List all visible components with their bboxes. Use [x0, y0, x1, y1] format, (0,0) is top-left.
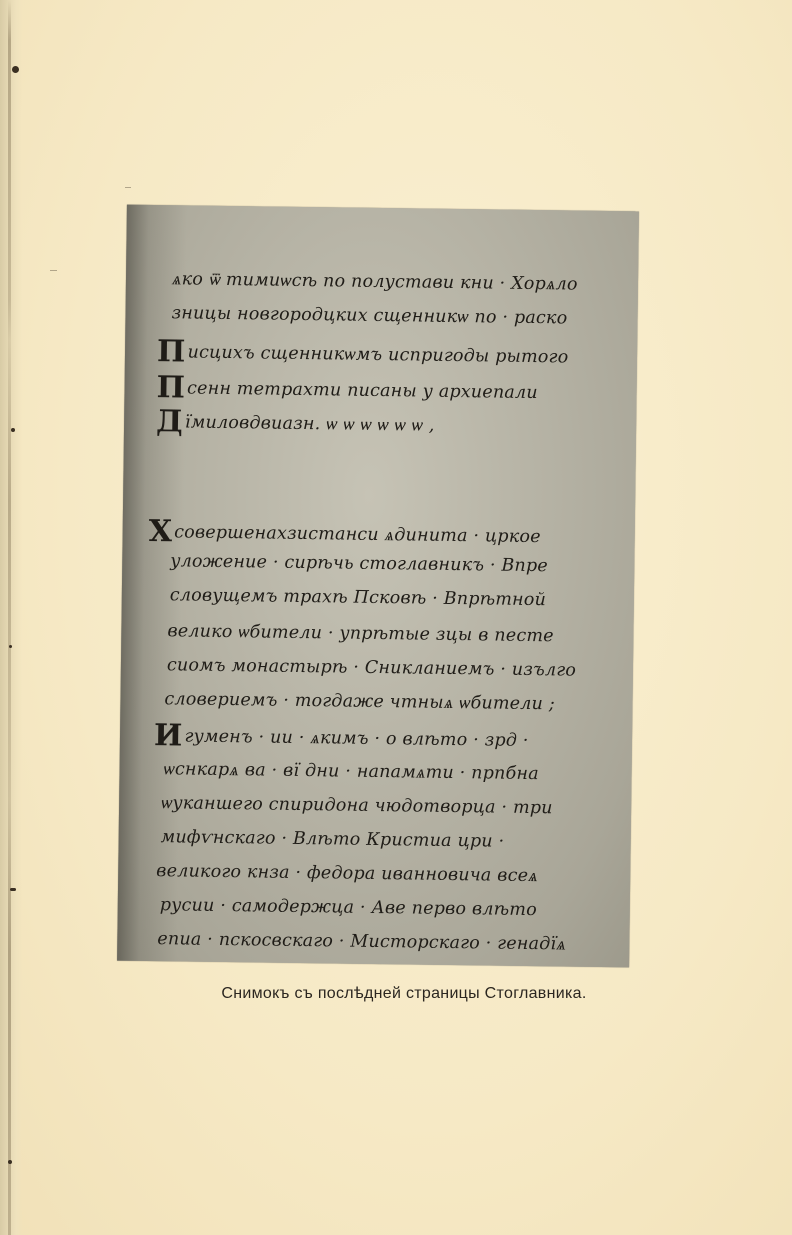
- manuscript-photo-plate: ѧко ѿ тимиѡсѣ по полустави кни · Хорѧло …: [117, 205, 639, 968]
- manuscript-line: мифѵнскаго · Влѣто Кристиа цри ·: [161, 829, 505, 851]
- manuscript-line: сиомъ монастырѣ · Сникланиемъ · изълго: [167, 657, 576, 680]
- caption-text: Снимокъ съ послѣдней страницы Стоглавник…: [221, 985, 586, 1003]
- manuscript-line-text: ѡснкарѧ ва · вї дни · напамѧти · прпбна: [163, 759, 538, 784]
- manuscript-line-text: сиомъ монастырѣ · Сникланиемъ · изълго: [167, 655, 576, 680]
- binding-stitch-line: [8, 0, 11, 1235]
- manuscript-line: Псенн тетрахти писаны у архиепали: [156, 373, 538, 408]
- manuscript-line-text: словериемъ · тогдаже чтныѧ ѡбители ;: [164, 689, 555, 714]
- binding-thread-mark: [12, 66, 19, 73]
- ornamental-initial: Х: [148, 517, 172, 547]
- manuscript-line: велико ѡбители · упрѣтые зцы в песте: [167, 623, 554, 646]
- manuscript-line-text: мифѵнскаго · Влѣто Кристиа цри ·: [161, 827, 505, 851]
- paper-speck: [125, 187, 131, 188]
- manuscript-line-text: ѧко ѿ тимиѡсѣ по полустави кни · Хорѧло: [172, 269, 578, 294]
- manuscript-line: ѡснкарѧ ва · вї дни · напамѧти · прпбна: [163, 761, 538, 783]
- binding-thread-mark: [11, 428, 15, 432]
- manuscript-line: зницы новгородцких сщенникѡ по · раско: [171, 305, 567, 328]
- binding-thread-mark: [9, 645, 12, 648]
- manuscript-line: Игуменъ · ии · ѧкимъ · о влѣто · зрд ·: [154, 721, 529, 756]
- manuscript-line-text: гуменъ · ии · ѧкимъ · о влѣто · зрд ·: [184, 726, 528, 751]
- manuscript-text-area: ѧко ѿ тимиѡсѣ по полустави кни · Хорѧло …: [149, 235, 624, 947]
- manuscript-line: ѡуканшего спиридона чюдотворца · три: [161, 795, 553, 818]
- manuscript-line-text: совершенахзистанси ѧдинита · цркое: [174, 522, 541, 547]
- manuscript-line-text: словущемъ трахѣ Псковѣ · Впрѣтной: [170, 585, 546, 610]
- manuscript-line: Дїмиловдвиазн. ѡ ѡ ѡ ѡ ѡ ѡ ,: [156, 407, 435, 441]
- manuscript-line-text: зницы новгородцких сщенникѡ по · раско: [171, 303, 567, 328]
- binding-thread-mark: [10, 888, 16, 891]
- manuscript-line-text: ѡуканшего спиридона чюдотворца · три: [161, 793, 553, 818]
- ornamental-initial: И: [154, 721, 183, 751]
- ornamental-initial: П: [156, 373, 185, 403]
- manuscript-line-text: їмиловдвиазн. ѡ ѡ ѡ ѡ ѡ ѡ ,: [185, 412, 435, 435]
- manuscript-line: русии · самодержца · Аве перво влѣто: [160, 897, 537, 919]
- ornamental-initial: П: [157, 337, 186, 367]
- manuscript-line-text: епиа · пскосвскаго · Мисторскаго · генад…: [157, 929, 566, 954]
- manuscript-line: словериемъ · тогдаже чтныѧ ѡбители ;: [164, 691, 555, 714]
- binding-thread-mark: [8, 1160, 12, 1164]
- ornamental-initial: Д: [156, 407, 183, 437]
- manuscript-line-text: велико ѡбители · упрѣтые зцы в песте: [167, 621, 554, 646]
- manuscript-line-text: исцихъ сщенникѡмъ испригоды рытого: [187, 342, 568, 367]
- paper-speck: [50, 270, 57, 271]
- manuscript-line-text: русии · самодержца · Аве перво влѣто: [160, 895, 537, 920]
- manuscript-line-text: уложение · сирѣчь стоглавникъ · Впре: [170, 551, 548, 576]
- manuscript-line: епиа · пскосвскаго · Мисторскаго · генад…: [157, 931, 566, 954]
- manuscript-line: ѧко ѿ тимиѡсѣ по полустави кни · Хорѧло: [172, 271, 578, 294]
- manuscript-line: великого кнза · федора иванновича всеѧ: [156, 863, 538, 885]
- manuscript-line-text: великого кнза · федора иванновича всеѧ: [156, 861, 538, 886]
- manuscript-line: Писцихъ сщенникѡмъ испригоды рытого: [157, 337, 569, 372]
- figure-caption: Снимокъ съ послѣдней страницы Стоглавник…: [0, 985, 792, 1003]
- manuscript-line-text: сенн тетрахти писаны у архиепали: [187, 378, 538, 403]
- manuscript-line: Хсовершенахзистанси ѧдинита · цркое: [148, 517, 540, 552]
- manuscript-line: уложение · сирѣчь стоглавникъ · Впре: [170, 553, 548, 575]
- manuscript-line: словущемъ трахѣ Псковѣ · Впрѣтной: [170, 587, 546, 609]
- book-binding-gutter: [0, 0, 22, 1235]
